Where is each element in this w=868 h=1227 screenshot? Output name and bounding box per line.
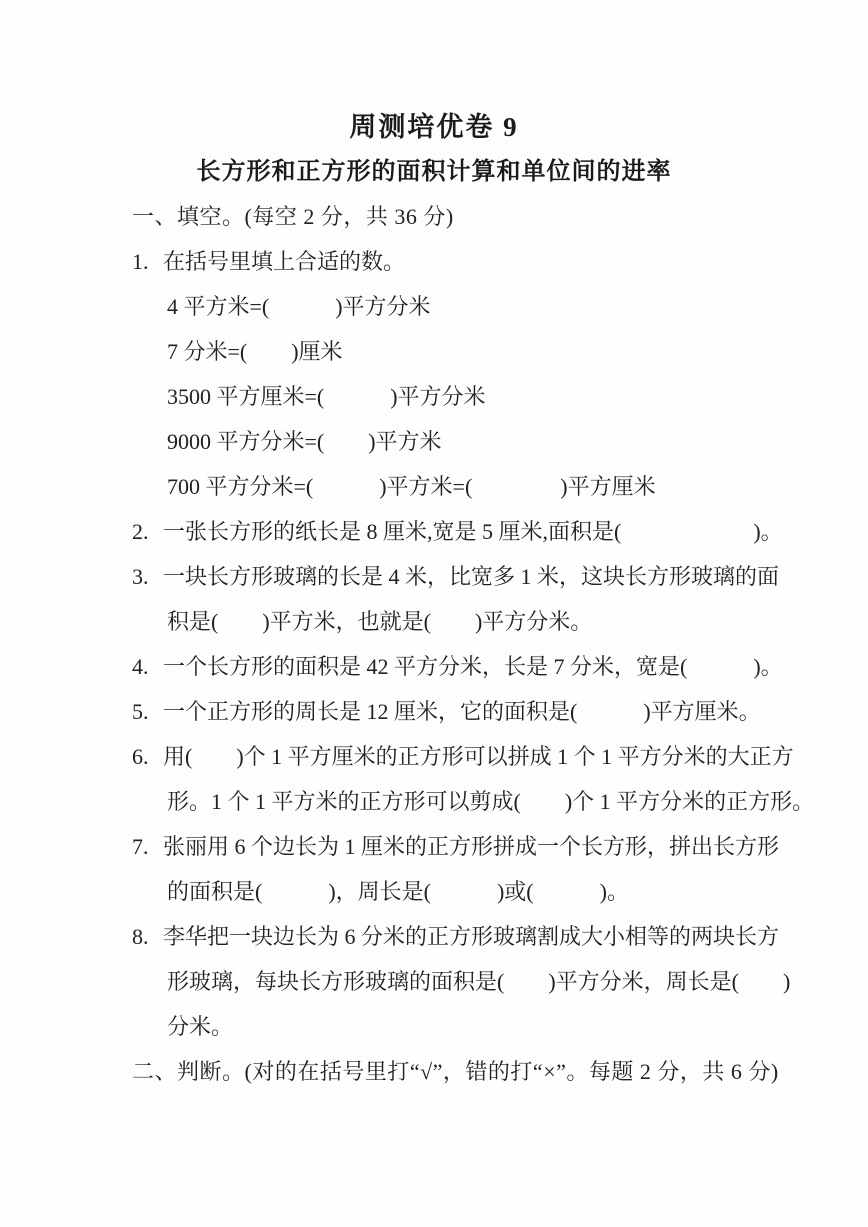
question-6-number: 6. <box>132 734 163 779</box>
doc-subtitle: 长方形和正方形的面积计算和单位间的进率 <box>0 150 868 194</box>
question-6: 6.用( )个 1 平方厘米的正方形可以拼成 1 个 1 平方分米的大正方 <box>132 734 868 779</box>
doc-title: 周测培优卷 9 <box>0 104 868 150</box>
question-6-text-line-1: 用( )个 1 平方厘米的正方形可以拼成 1 个 1 平方分米的大正方 <box>163 744 794 769</box>
worksheet-body: 一、填空。(每空 2 分，共 36 分) 1.在括号里填上合适的数。 4 平方米… <box>0 194 868 1094</box>
question-1-number: 1. <box>132 239 163 284</box>
question-3-text-line-2: 积是( )平方米，也就是( )平方分米。 <box>132 599 868 644</box>
question-1: 1.在括号里填上合适的数。 <box>132 239 868 284</box>
question-4-number: 4. <box>132 644 163 689</box>
question-5-text: 一个正方形的周长是 12 厘米，它的面积是( )平方厘米。 <box>163 699 761 724</box>
question-8-text-line-3: 分米。 <box>132 1004 868 1049</box>
question-2: 2.一张长方形的纸长是 8 厘米,宽是 5 厘米,面积是( )。 <box>132 509 868 554</box>
question-3: 3.一块长方形玻璃的长是 4 米，比宽多 1 米，这块长方形玻璃的面 <box>132 554 868 599</box>
question-3-number: 3. <box>132 554 163 599</box>
question-6-text-line-2: 形。1 个 1 平方米的正方形可以剪成( )个 1 平方分米的正方形。 <box>132 779 868 824</box>
question-7-text-line-2: 的面积是( )，周长是( )或( )。 <box>132 869 868 914</box>
question-8-number: 8. <box>132 914 163 959</box>
question-4: 4.一个长方形的面积是 42 平方分米，长是 7 分米，宽是( )。 <box>132 644 868 689</box>
worksheet-page: 周测培优卷 9 长方形和正方形的面积计算和单位间的进率 一、填空。(每空 2 分… <box>0 0 868 1227</box>
question-8-text-line-2: 形玻璃，每块长方形玻璃的面积是( )平方分米，周长是( ) <box>132 959 868 1004</box>
section-fill-heading: 一、填空。(每空 2 分，共 36 分) <box>132 194 868 239</box>
question-5-number: 5. <box>132 689 163 734</box>
question-1-subline-2: 7 分米=( )厘米 <box>132 329 868 374</box>
question-1-subline-3: 3500 平方厘米=( )平方分米 <box>132 374 868 419</box>
question-8-text-line-1: 李华把一块边长为 6 分米的正方形玻璃割成大小相等的两块长方 <box>163 924 779 949</box>
question-4-text: 一个长方形的面积是 42 平方分米，长是 7 分米，宽是( )。 <box>163 654 783 679</box>
question-3-text-line-1: 一块长方形玻璃的长是 4 米，比宽多 1 米，这块长方形玻璃的面 <box>163 564 779 589</box>
question-1-subline-4: 9000 平方分米=( )平方米 <box>132 419 868 464</box>
question-7-number: 7. <box>132 824 163 869</box>
question-1-subline-5: 700 平方分米=( )平方米=( )平方厘米 <box>132 464 868 509</box>
question-7: 7.张丽用 6 个边长为 1 厘米的正方形拼成一个长方形，拼出长方形 <box>132 824 868 869</box>
question-2-text: 一张长方形的纸长是 8 厘米,宽是 5 厘米,面积是( )。 <box>163 519 783 544</box>
question-2-number: 2. <box>132 509 163 554</box>
section-judge-heading: 二、判断。(对的在括号里打“√”，错的打“×”。每题 2 分，共 6 分) <box>132 1049 868 1094</box>
question-1-stem: 在括号里填上合适的数。 <box>163 249 405 274</box>
question-8: 8.李华把一块边长为 6 分米的正方形玻璃割成大小相等的两块长方 <box>132 914 868 959</box>
question-5: 5.一个正方形的周长是 12 厘米，它的面积是( )平方厘米。 <box>132 689 868 734</box>
question-7-text-line-1: 张丽用 6 个边长为 1 厘米的正方形拼成一个长方形，拼出长方形 <box>163 834 779 859</box>
question-1-subline-1: 4 平方米=( )平方分米 <box>132 284 868 329</box>
